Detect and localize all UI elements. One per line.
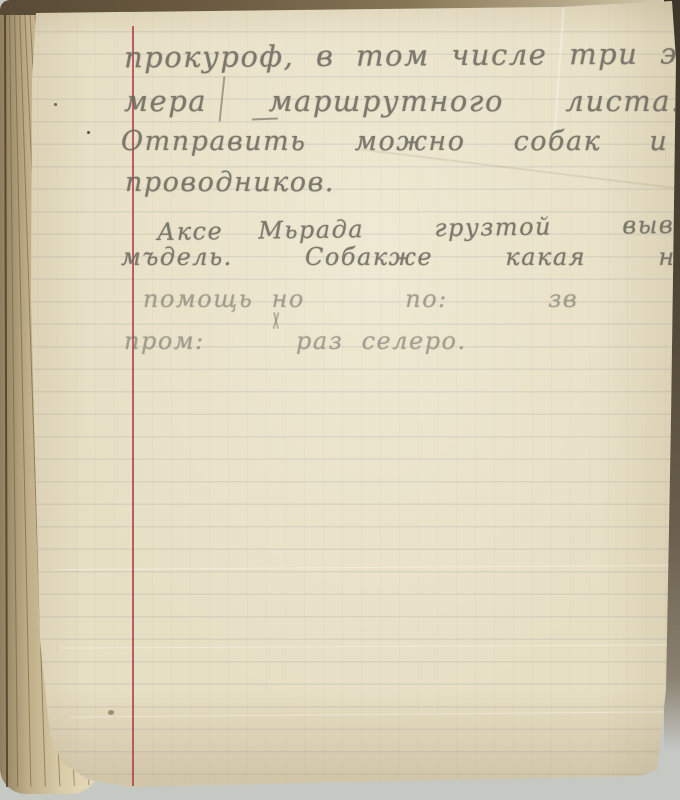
handwriting-line-1: прокуроф, в том числе три экземля- [124, 36, 680, 75]
paper-speck [87, 131, 90, 134]
handwriting-line-8: пром: раз селеро. [124, 327, 467, 355]
handwriting-line-2: мера маршрутного листа. [124, 84, 680, 118]
scanned-notebook-photo: прокуроф, в том числе три экземля- мера … [0, 0, 680, 800]
handwriting-line-3: Отправить можно собак и [121, 126, 668, 157]
page-edge-line [4, 7, 8, 787]
paper-speck [54, 103, 57, 106]
handwriting-line-6: мъдель. Собакже какая научте [121, 243, 680, 271]
handwriting-line-4: проводников. [125, 167, 335, 198]
handwriting-line-7: помощь но по: зв [143, 285, 578, 313]
pencil-caret-mark [268, 312, 284, 328]
paper-speck [108, 710, 114, 715]
notebook-page: прокуроф, в том числе три экземля- мера … [0, 0, 680, 800]
